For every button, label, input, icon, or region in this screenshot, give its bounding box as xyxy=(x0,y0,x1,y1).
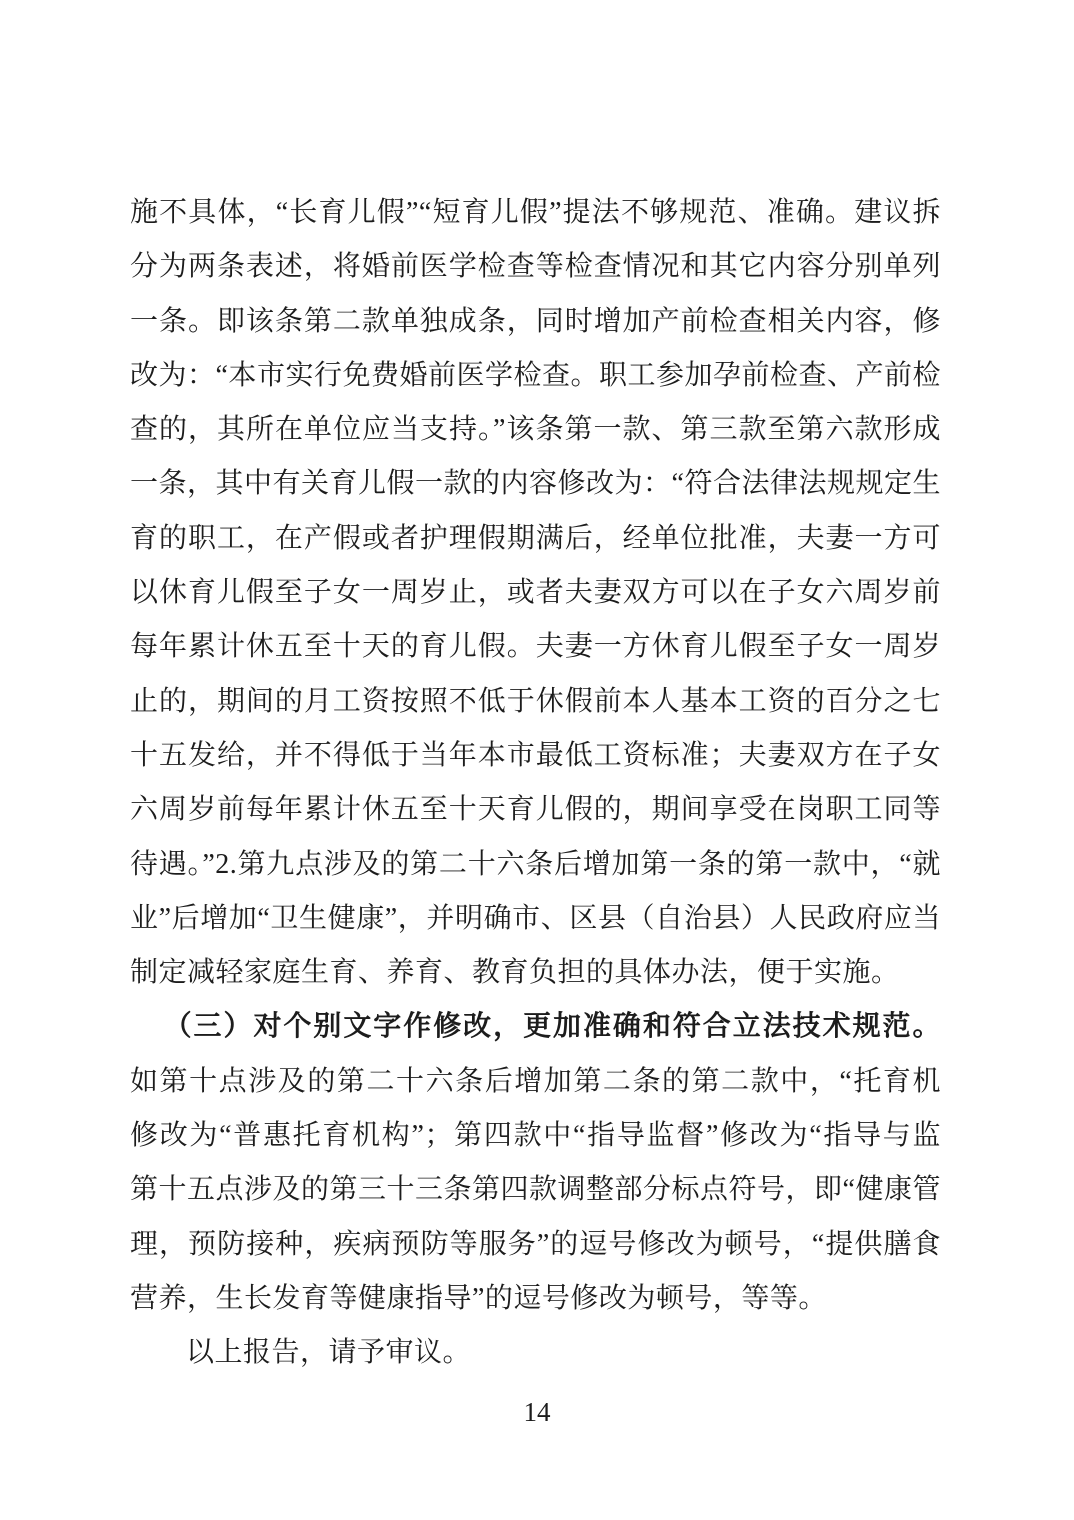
text-line: 施不具体，“长育儿假”“短育儿假”提法不够规范、准确。建议拆 xyxy=(130,186,941,240)
text-line: 一条，其中有关育儿假一款的内容修改为：“符合法律法规规定生 xyxy=(130,457,941,511)
text-line: （三）对个别文字作修改，更加准确和符合立法技术规范。 xyxy=(130,1000,941,1054)
text-line: 营养，生长发育等健康指导”的逗号修改为顿号，等等。 xyxy=(130,1272,941,1326)
text-line: 分为两条表述，将婚前医学检查等检查情况和其它内容分别单列 xyxy=(130,240,941,294)
text-line: 待遇。”2.第九点涉及的第二十六条后增加第一条的第一款中，“就 xyxy=(130,838,941,892)
text-line: 业”后增加“卫生健康”，并明确市、区县（自治县）人民政府应当 xyxy=(130,892,941,946)
page-number: 14 xyxy=(0,1394,1074,1430)
text-line: 十五发给，并不得低于当年本市最低工资标准；夫妻双方在子女 xyxy=(130,729,941,783)
text-line: 每年累计休五至十天的育儿假。夫妻一方休育儿假至子女一周岁 xyxy=(130,620,941,674)
text-line: 制定减轻家庭生育、养育、教育负担的具体办法，便于实施。 xyxy=(130,946,941,1000)
text-line: 如第十点涉及的第二十六条后增加第二条的第二款中，“托育机构” xyxy=(130,1055,941,1109)
text-line: 六周岁前每年累计休五至十天育儿假的，期间享受在岗职工同等 xyxy=(130,783,941,837)
text-line: 以上报告，请予审议。 xyxy=(130,1326,941,1380)
text-line: 一条。即该条第二款单独成条，同时增加产前检查相关内容，修 xyxy=(130,295,941,349)
text-line: 修改为“普惠托育机构”；第四款中“指导监督”修改为“指导与监督”。 xyxy=(130,1109,941,1163)
text-line: 理，预防接种，疾病预防等服务”的逗号修改为顿号，“提供膳食 xyxy=(130,1218,941,1272)
text-line: 育的职工，在产假或者护理假期满后，经单位批准，夫妻一方可 xyxy=(130,512,941,566)
text-line: 改为：“本市实行免费婚前医学检查。职工参加孕前检查、产前检 xyxy=(130,349,941,403)
document-page: 施不具体，“长育儿假”“短育儿假”提法不够规范、准确。建议拆分为两条表述，将婚前… xyxy=(0,0,1074,1520)
text-line: 以休育儿假至子女一周岁止，或者夫妻双方可以在子女六周岁前 xyxy=(130,566,941,620)
text-line: 第十五点涉及的第三十三条第四款调整部分标点符号，即“健康管 xyxy=(130,1163,941,1217)
text-line: 止的，期间的月工资按照不低于休假前本人基本工资的百分之七 xyxy=(130,675,941,729)
text-line: 查的，其所在单位应当支持。”该条第一款、第三款至第六款形成 xyxy=(130,403,941,457)
text-block: 施不具体，“长育儿假”“短育儿假”提法不够规范、准确。建议拆分为两条表述，将婚前… xyxy=(130,186,941,1381)
